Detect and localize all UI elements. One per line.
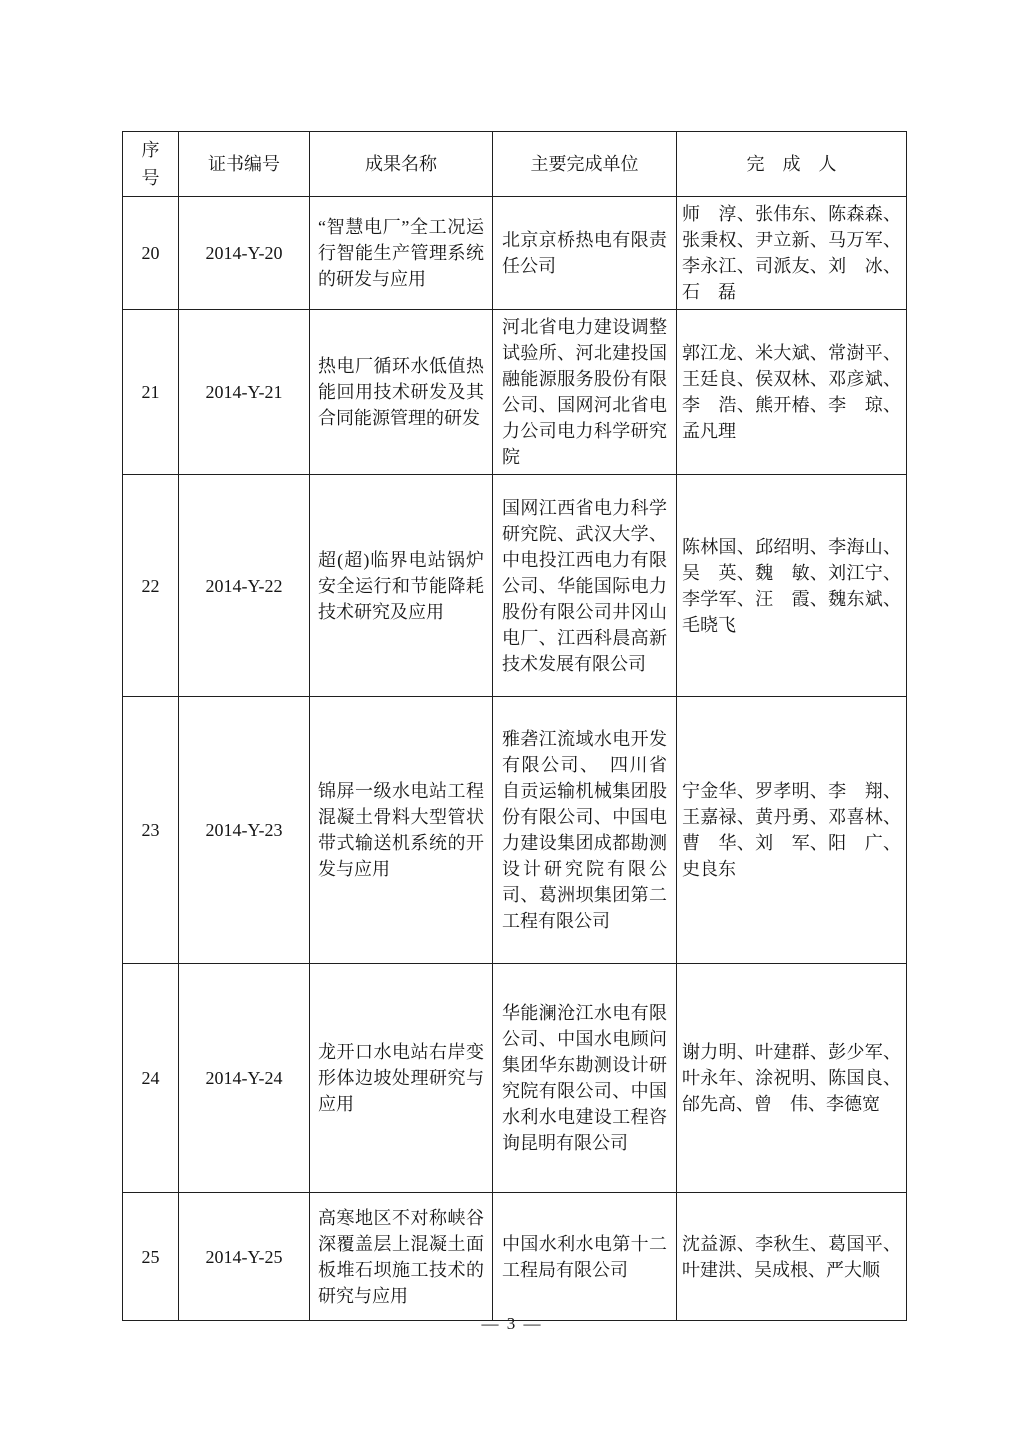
cell-main-organizations: 中国水利水电第十二工程局有限公司	[493, 1193, 677, 1321]
header-main-organizations: 主要完成单位	[493, 132, 677, 197]
cell-serial-number: 25	[123, 1193, 179, 1321]
cell-certificate-number: 2014-Y-20	[179, 197, 310, 310]
cell-main-organizations: 华能澜沧江水电有限公司、中国水电顾问集团华东勘测设计研究院有限公司、中国水利水电…	[493, 964, 677, 1193]
cell-main-organizations: 河北省电力建设调整试验所、河北建投国融能源服务股份有限公司、国网河北省电力公司电…	[493, 310, 677, 475]
cell-certificate-number: 2014-Y-24	[179, 964, 310, 1193]
cell-serial-number: 22	[123, 475, 179, 697]
header-certificate-number: 证书编号	[179, 132, 310, 197]
cell-main-organizations: 国网江西省电力科学研究院、武汉大学、中电投江西电力有限公司、华能国际电力股份有限…	[493, 475, 677, 697]
cell-contributors: 谢力明、叶建群、彭少军、叶永年、涂祝明、陈国良、邰先高、曾 伟、李德宽	[677, 964, 907, 1193]
document-page: 序号 证书编号 成果名称 主要完成单位 完 成 人 20 2014-Y-20 “…	[0, 0, 1024, 1448]
cell-main-organizations: 北京京桥热电有限责任公司	[493, 197, 677, 310]
cell-certificate-number: 2014-Y-21	[179, 310, 310, 475]
header-achievement-name: 成果名称	[310, 132, 493, 197]
table-row: 23 2014-Y-23 锦屏一级水电站工程混凝土骨料大型管状带式输送机系统的开…	[123, 697, 907, 964]
cell-achievement-name: 锦屏一级水电站工程混凝土骨料大型管状带式输送机系统的开发与应用	[310, 697, 493, 964]
cell-certificate-number: 2014-Y-22	[179, 475, 310, 697]
cell-contributors: 陈林国、邱绍明、李海山、吴 英、魏 敏、刘江宁、李学军、汪 霞、魏东斌、毛晓飞	[677, 475, 907, 697]
cell-achievement-name: “智慧电厂”全工况运行智能生产管理系统的研发与应用	[310, 197, 493, 310]
award-results-table: 序号 证书编号 成果名称 主要完成单位 完 成 人 20 2014-Y-20 “…	[122, 131, 907, 1321]
table-row: 20 2014-Y-20 “智慧电厂”全工况运行智能生产管理系统的研发与应用 北…	[123, 197, 907, 310]
cell-achievement-name: 热电厂循环水低值热能回用技术研发及其合同能源管理的研发	[310, 310, 493, 475]
cell-certificate-number: 2014-Y-23	[179, 697, 310, 964]
header-serial-number: 序号	[123, 132, 179, 197]
cell-serial-number: 21	[123, 310, 179, 475]
cell-serial-number: 20	[123, 197, 179, 310]
cell-serial-number: 23	[123, 697, 179, 964]
cell-main-organizations: 雅砻江流域水电开发有限公司、 四川省自贡运输机械集团股份有限公司、中国电力建设集…	[493, 697, 677, 964]
table-header-row: 序号 证书编号 成果名称 主要完成单位 完 成 人	[123, 132, 907, 197]
cell-contributors: 宁金华、罗孝明、李 翔、王嘉禄、黄丹勇、邓喜林、曹 华、刘 军、阳 广、史良东	[677, 697, 907, 964]
table-row: 25 2014-Y-25 高寒地区不对称峡谷深覆盖层上混凝土面板堆石坝施工技术的…	[123, 1193, 907, 1321]
cell-contributors: 沈益源、李秋生、葛国平、叶建洪、吴成根、严大顺	[677, 1193, 907, 1321]
cell-achievement-name: 超(超)临界电站锅炉安全运行和节能降耗技术研究及应用	[310, 475, 493, 697]
cell-serial-number: 24	[123, 964, 179, 1193]
header-contributors: 完 成 人	[677, 132, 907, 197]
table-row: 22 2014-Y-22 超(超)临界电站锅炉安全运行和节能降耗技术研究及应用 …	[123, 475, 907, 697]
cell-achievement-name: 龙开口水电站右岸变形体边坡处理研究与应用	[310, 964, 493, 1193]
table-row: 24 2014-Y-24 龙开口水电站右岸变形体边坡处理研究与应用 华能澜沧江水…	[123, 964, 907, 1193]
cell-contributors: 师 淳、张伟东、陈森森、张秉权、尹立新、马万军、李永江、司派友、刘 冰、石 磊	[677, 197, 907, 310]
page-number: — 3 —	[0, 1314, 1024, 1334]
cell-certificate-number: 2014-Y-25	[179, 1193, 310, 1321]
cell-contributors: 郭江龙、米大斌、常澍平、王廷良、侯双林、邓彦斌、李 浩、熊开椿、李 琼、孟凡理	[677, 310, 907, 475]
table-row: 21 2014-Y-21 热电厂循环水低值热能回用技术研发及其合同能源管理的研发…	[123, 310, 907, 475]
cell-achievement-name: 高寒地区不对称峡谷深覆盖层上混凝土面板堆石坝施工技术的研究与应用	[310, 1193, 493, 1321]
